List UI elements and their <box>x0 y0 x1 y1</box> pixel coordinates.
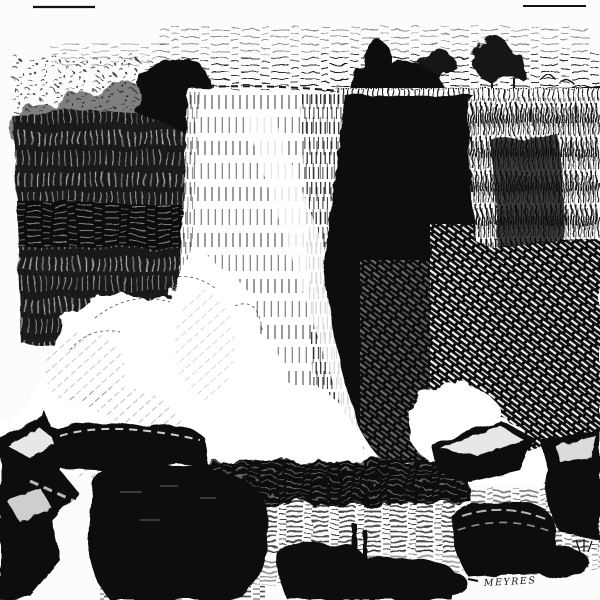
waterfall-engraving: MEYRES <box>0 0 600 600</box>
waterfall-crest <box>183 64 348 92</box>
engraving-canvas: MEYRES <box>0 0 600 600</box>
